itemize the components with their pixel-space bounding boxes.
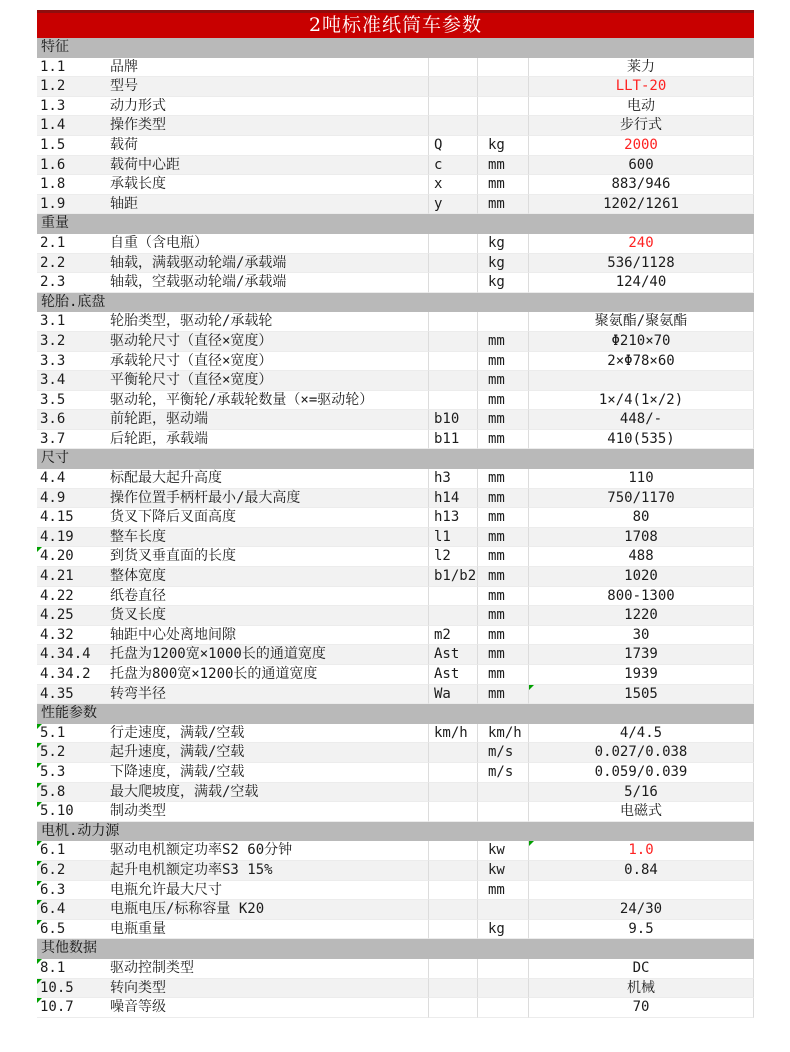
row-symbol [428,861,477,881]
row-id: 6.3 [37,881,108,901]
row-name: 托盘为1200宽×1000长的通道宽度 [108,645,428,665]
row-symbol [428,587,477,607]
row-id: 6.2 [37,861,108,881]
row-symbol [428,606,477,626]
row-unit: mm [477,665,528,685]
row-name: 整体宽度 [108,567,428,587]
spec-sheet: 2吨标准纸筒车参数 特征1.1品牌莱力1.2型号LLT-201.3动力形式电动1… [37,10,754,1018]
row-unit: kg [477,254,528,274]
row-id: 3.2 [37,332,108,352]
row-name: 轴距 [108,195,428,215]
row-unit: mm [477,469,528,489]
row-name: 轴载，满载驱动轮端/承载端 [108,254,428,274]
row-symbol: Wa [428,685,477,705]
comment-marker-icon [37,547,42,552]
row-value: 2×Φ78×60 [528,352,754,372]
row-unit: mm [477,156,528,176]
table-row: 4.9操作位置手柄杆最小/最大高度h14mm750/1170 [37,489,754,509]
row-symbol [428,234,477,254]
row-value: 1505 [528,685,754,705]
row-symbol [428,77,477,97]
row-symbol [428,900,477,920]
table-row: 2.3轴载，空载驱动轮端/承载端kg124/40 [37,273,754,293]
table-row: 3.7后轮距，承载端b11mm410(535) [37,430,754,450]
row-unit: mm [477,371,528,391]
row-name: 最大爬坡度，满载/空载 [108,783,428,803]
row-name: 承载轮尺寸（直径×宽度） [108,352,428,372]
row-unit [477,900,528,920]
row-name: 驱动轮尺寸（直径×宽度） [108,332,428,352]
section-header: 轮胎.底盘 [37,293,754,313]
comment-marker-icon [529,841,534,846]
row-unit [477,802,528,822]
table-row: 1.6载荷中心距cmm600 [37,156,754,176]
table-row: 5.2起升速度，满载/空载m/s0.027/0.038 [37,743,754,763]
row-value: 5/16 [528,783,754,803]
row-name: 载荷中心距 [108,156,428,176]
row-unit [477,783,528,803]
row-value: 124/40 [528,273,754,293]
row-id: 4.22 [37,587,108,607]
row-id: 5.2 [37,743,108,763]
row-unit: mm [477,410,528,430]
table-row: 5.10制动类型电磁式 [37,802,754,822]
comment-marker-icon [37,783,42,788]
row-symbol: h3 [428,469,477,489]
comment-marker-icon [37,998,42,1003]
section-header: 性能参数 [37,704,754,724]
table-row: 3.5驱动轮，平衡轮/承载轮数量（×=驱动轮）mm1×/4(1×/2) [37,391,754,411]
table-row: 2.2轴载，满载驱动轮端/承载端kg536/1128 [37,254,754,274]
row-id: 3.4 [37,371,108,391]
section-header: 电机.动力源 [37,822,754,842]
row-value: 4/4.5 [528,724,754,744]
row-name: 操作类型 [108,116,428,136]
row-value: 机械 [528,979,754,999]
row-id: 1.6 [37,156,108,176]
row-id: 3.5 [37,391,108,411]
row-unit: kw [477,841,528,861]
row-id: 1.9 [37,195,108,215]
table-row: 3.3承载轮尺寸（直径×宽度）mm2×Φ78×60 [37,352,754,372]
row-unit: mm [477,587,528,607]
table-row: 4.32轴距中心处离地间隙m2mm30 [37,626,754,646]
row-name: 轴距中心处离地间隙 [108,626,428,646]
row-id: 3.7 [37,430,108,450]
row-id: 4.19 [37,528,108,548]
row-value: 536/1128 [528,254,754,274]
row-value [528,371,754,391]
comment-marker-icon [37,841,42,846]
row-symbol [428,352,477,372]
table-row: 8.1驱动控制类型DC [37,959,754,979]
comment-marker-icon [37,802,42,807]
page-title: 2吨标准纸筒车参数 [37,10,754,38]
table-row: 6.1驱动电机额定功率S2 60分钟kw1.0 [37,841,754,861]
table-row: 3.1轮胎类型，驱动轮/承载轮聚氨酯/聚氨酯 [37,312,754,332]
row-value: 步行式 [528,116,754,136]
row-id: 5.3 [37,763,108,783]
row-value: 1×/4(1×/2) [528,391,754,411]
row-id: 4.34.2 [37,665,108,685]
table-row: 6.5电瓶重量kg9.5 [37,920,754,940]
row-id: 6.4 [37,900,108,920]
row-id: 5.1 [37,724,108,744]
row-value: 448/- [528,410,754,430]
row-value: 电动 [528,97,754,117]
row-name: 行走速度，满载/空载 [108,724,428,744]
row-unit: mm [477,332,528,352]
table-row: 1.5载荷Qkg2000 [37,136,754,156]
row-symbol [428,979,477,999]
row-unit: mm [477,606,528,626]
row-name: 电瓶电压/标称容量 K20 [108,900,428,920]
row-value: 1939 [528,665,754,685]
row-unit [477,97,528,117]
row-id: 2.2 [37,254,108,274]
row-unit: kg [477,273,528,293]
row-name: 标配最大起升高度 [108,469,428,489]
comment-marker-icon [37,861,42,866]
row-value: LLT-20 [528,77,754,97]
row-name: 操作位置手柄杆最小/最大高度 [108,489,428,509]
row-name: 品牌 [108,58,428,78]
row-unit: mm [477,508,528,528]
table-row: 4.35转弯半径Wamm1505 [37,685,754,705]
row-value: 0.84 [528,861,754,881]
row-symbol [428,998,477,1018]
row-id: 3.6 [37,410,108,430]
row-name: 托盘为800宽×1200长的通道宽度 [108,665,428,685]
table-row: 3.6前轮距，驱动端b10mm448/- [37,410,754,430]
section-header: 特征 [37,38,754,58]
row-symbol: b1/b2 [428,567,477,587]
row-symbol: l2 [428,547,477,567]
row-name: 承载长度 [108,175,428,195]
row-id: 4.34.4 [37,645,108,665]
row-symbol [428,273,477,293]
table-row: 1.8承载长度xmm883/946 [37,175,754,195]
row-unit [477,959,528,979]
row-id: 6.5 [37,920,108,940]
row-symbol [428,783,477,803]
row-id: 2.1 [37,234,108,254]
row-unit [477,58,528,78]
row-unit: mm [477,430,528,450]
row-id: 8.1 [37,959,108,979]
row-unit [477,998,528,1018]
row-value: 488 [528,547,754,567]
row-id: 6.1 [37,841,108,861]
row-value: 30 [528,626,754,646]
row-value: 240 [528,234,754,254]
row-unit: mm [477,175,528,195]
row-unit: mm [477,547,528,567]
row-unit: m/s [477,763,528,783]
row-unit: mm [477,881,528,901]
row-symbol: Ast [428,665,477,685]
table-row: 5.3下降速度，满载/空载m/s0.059/0.039 [37,763,754,783]
row-id: 4.15 [37,508,108,528]
row-id: 1.5 [37,136,108,156]
table-row: 4.19整车长度l1mm1708 [37,528,754,548]
row-unit: mm [477,528,528,548]
row-value: Φ210×70 [528,332,754,352]
row-id: 1.1 [37,58,108,78]
row-name: 转弯半径 [108,685,428,705]
row-id: 2.3 [37,273,108,293]
row-value: 1202/1261 [528,195,754,215]
row-symbol: km/h [428,724,477,744]
row-id: 4.9 [37,489,108,509]
row-value: 70 [528,998,754,1018]
table-row: 1.9轴距ymm1202/1261 [37,195,754,215]
row-unit [477,312,528,332]
table-row: 1.1品牌莱力 [37,58,754,78]
table-row: 10.7噪音等级70 [37,998,754,1018]
row-name: 下降速度，满载/空载 [108,763,428,783]
row-name: 轮胎类型，驱动轮/承载轮 [108,312,428,332]
row-value: 80 [528,508,754,528]
row-symbol: l1 [428,528,477,548]
row-symbol [428,254,477,274]
row-symbol [428,763,477,783]
row-name: 动力形式 [108,97,428,117]
table-row: 4.25货叉长度mm1220 [37,606,754,626]
row-name: 噪音等级 [108,998,428,1018]
comment-marker-icon [37,979,42,984]
row-value: 9.5 [528,920,754,940]
row-symbol: b11 [428,430,477,450]
row-name: 型号 [108,77,428,97]
table-body: 特征1.1品牌莱力1.2型号LLT-201.3动力形式电动1.4操作类型步行式1… [37,38,754,1018]
row-symbol [428,391,477,411]
row-id: 5.10 [37,802,108,822]
table-row: 10.5转向类型机械 [37,979,754,999]
table-row: 4.4标配最大起升高度h3mm110 [37,469,754,489]
row-name: 载荷 [108,136,428,156]
comment-marker-icon [37,763,42,768]
row-symbol: h14 [428,489,477,509]
row-id: 3.3 [37,352,108,372]
row-symbol [428,841,477,861]
row-id: 1.4 [37,116,108,136]
row-unit: mm [477,391,528,411]
table-row: 5.1行走速度，满载/空载km/hkm/h4/4.5 [37,724,754,744]
row-unit: kg [477,136,528,156]
row-value: 2000 [528,136,754,156]
row-symbol: y [428,195,477,215]
row-name: 驱动电机额定功率S2 60分钟 [108,841,428,861]
comment-marker-icon [529,685,534,690]
row-value: 1220 [528,606,754,626]
row-symbol [428,371,477,391]
row-name: 电瓶重量 [108,920,428,940]
table-row: 1.2型号LLT-20 [37,77,754,97]
table-row: 4.34.2托盘为800宽×1200长的通道宽度Astmm1939 [37,665,754,685]
row-unit: kw [477,861,528,881]
row-unit: mm [477,685,528,705]
row-value: 600 [528,156,754,176]
row-value: 24/30 [528,900,754,920]
row-name: 起升电机额定功率S3 15% [108,861,428,881]
row-id: 1.8 [37,175,108,195]
row-symbol [428,881,477,901]
comment-marker-icon [37,959,42,964]
comment-marker-icon [37,881,42,886]
table-row: 4.20到货叉垂直面的长度l2mm488 [37,547,754,567]
row-unit: mm [477,567,528,587]
row-id: 4.32 [37,626,108,646]
row-id: 4.25 [37,606,108,626]
row-id: 5.8 [37,783,108,803]
table-row: 6.2起升电机额定功率S3 15%kw0.84 [37,861,754,881]
row-value: 聚氨酯/聚氨酯 [528,312,754,332]
row-symbol: h13 [428,508,477,528]
table-row: 3.4平衡轮尺寸（直径×宽度）mm [37,371,754,391]
row-name: 前轮距，驱动端 [108,410,428,430]
table-row: 6.4电瓶电压/标称容量 K2024/30 [37,900,754,920]
row-id: 10.5 [37,979,108,999]
row-name: 电瓶允许最大尺寸 [108,881,428,901]
row-value: 0.059/0.039 [528,763,754,783]
row-id: 4.35 [37,685,108,705]
row-name: 驱动控制类型 [108,959,428,979]
row-value [528,881,754,901]
row-symbol [428,58,477,78]
row-symbol [428,312,477,332]
row-symbol: x [428,175,477,195]
row-id: 10.7 [37,998,108,1018]
row-unit [477,116,528,136]
table-row: 4.15货叉下降后叉面高度h13mm80 [37,508,754,528]
row-name: 货叉长度 [108,606,428,626]
row-value: 1020 [528,567,754,587]
row-unit: mm [477,645,528,665]
row-symbol [428,959,477,979]
row-name: 起升速度，满载/空载 [108,743,428,763]
row-value: 750/1170 [528,489,754,509]
row-name: 后轮距，承载端 [108,430,428,450]
row-name: 到货叉垂直面的长度 [108,547,428,567]
row-unit: mm [477,195,528,215]
row-symbol: m2 [428,626,477,646]
row-name: 平衡轮尺寸（直径×宽度） [108,371,428,391]
table-row: 4.22纸卷直径mm800-1300 [37,587,754,607]
row-name: 转向类型 [108,979,428,999]
row-symbol [428,116,477,136]
row-id: 4.4 [37,469,108,489]
comment-marker-icon [37,920,42,925]
row-id: 1.3 [37,97,108,117]
row-value: 883/946 [528,175,754,195]
row-symbol [428,920,477,940]
table-row: 1.4操作类型步行式 [37,116,754,136]
row-unit: kg [477,234,528,254]
row-value: 1739 [528,645,754,665]
row-symbol: Ast [428,645,477,665]
table-row: 4.34.4托盘为1200宽×1000长的通道宽度Astmm1739 [37,645,754,665]
row-id: 4.21 [37,567,108,587]
row-name: 货叉下降后叉面高度 [108,508,428,528]
row-name: 制动类型 [108,802,428,822]
row-value: DC [528,959,754,979]
row-symbol: Q [428,136,477,156]
comment-marker-icon [37,724,42,729]
row-id: 3.1 [37,312,108,332]
row-unit: km/h [477,724,528,744]
comment-marker-icon [37,743,42,748]
row-symbol [428,743,477,763]
row-id: 1.2 [37,77,108,97]
row-name: 整车长度 [108,528,428,548]
row-unit: mm [477,352,528,372]
row-unit: mm [477,489,528,509]
row-name: 纸卷直径 [108,587,428,607]
row-id: 4.20 [37,547,108,567]
row-unit [477,77,528,97]
table-row: 6.3电瓶允许最大尺寸mm [37,881,754,901]
row-value: 1708 [528,528,754,548]
table-row: 3.2驱动轮尺寸（直径×宽度）mmΦ210×70 [37,332,754,352]
table-row: 4.21整体宽度b1/b2mm1020 [37,567,754,587]
row-value: 莱力 [528,58,754,78]
row-name: 轴载，空载驱动轮端/承载端 [108,273,428,293]
comment-marker-icon [37,900,42,905]
row-unit [477,979,528,999]
section-header: 重量 [37,214,754,234]
section-header: 尺寸 [37,449,754,469]
row-value: 800-1300 [528,587,754,607]
table-row: 1.3动力形式电动 [37,97,754,117]
row-symbol [428,332,477,352]
row-symbol [428,802,477,822]
row-name: 自重（含电瓶） [108,234,428,254]
row-value: 电磁式 [528,802,754,822]
row-value: 410(535) [528,430,754,450]
row-symbol: b10 [428,410,477,430]
row-unit: mm [477,626,528,646]
row-value: 110 [528,469,754,489]
table-row: 5.8最大爬坡度，满载/空载5/16 [37,783,754,803]
row-symbol [428,97,477,117]
section-header: 其他数据 [37,939,754,959]
row-unit: kg [477,920,528,940]
row-symbol: c [428,156,477,176]
row-name: 驱动轮，平衡轮/承载轮数量（×=驱动轮） [108,391,428,411]
table-row: 2.1自重（含电瓶）kg240 [37,234,754,254]
row-value: 0.027/0.038 [528,743,754,763]
row-value: 1.0 [528,841,754,861]
row-unit: m/s [477,743,528,763]
